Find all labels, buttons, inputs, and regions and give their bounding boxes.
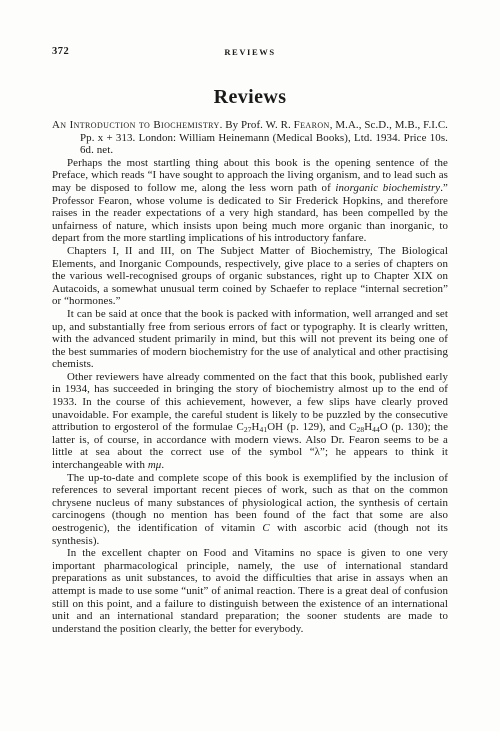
- review-paragraph: It can be said at once that the book is …: [52, 308, 448, 371]
- journal-page: 372 REVIEWS Reviews An Introduction to B…: [0, 0, 500, 731]
- review-body: Perhaps the most startling thing about t…: [52, 157, 448, 636]
- section-title: Reviews: [52, 85, 448, 109]
- book-citation: An Introduction to Biochemistry. By Prof…: [52, 119, 448, 157]
- review-paragraph: Perhaps the most startling thing about t…: [52, 157, 448, 245]
- review-paragraph: The up-to-date and complete scope of thi…: [52, 472, 448, 548]
- review-paragraph: In the excellent chapter on Food and Vit…: [52, 547, 448, 635]
- page-header: 372 REVIEWS: [52, 46, 448, 59]
- running-header: REVIEWS: [52, 47, 448, 57]
- review-text-block: An Introduction to Biochemistry. By Prof…: [52, 119, 448, 635]
- review-paragraph: Chapters I, II and III, on The Subject M…: [52, 245, 448, 308]
- review-paragraph: Other reviewers have already commented o…: [52, 371, 448, 472]
